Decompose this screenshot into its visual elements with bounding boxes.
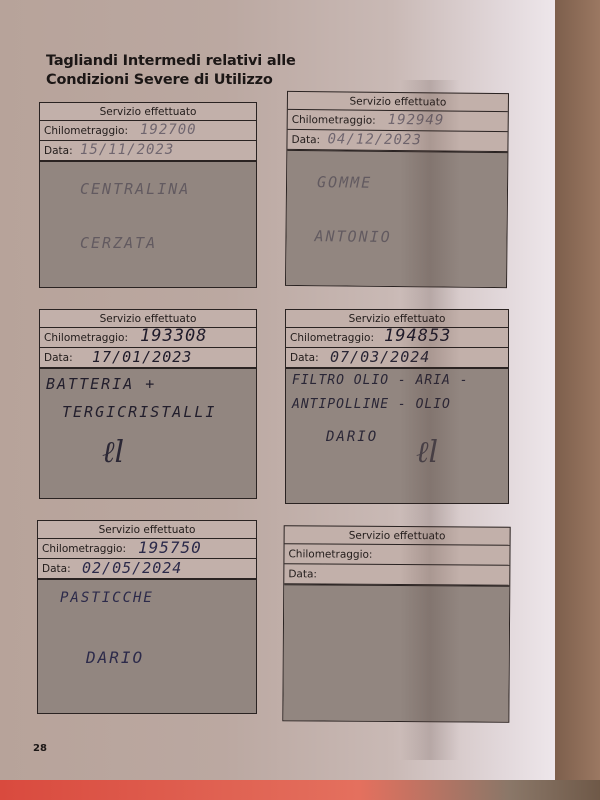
- note-line: PASTICCHE: [60, 590, 154, 606]
- card-header: Servizio effettuato: [288, 92, 508, 112]
- mileage-value[interactable]: 192700: [140, 122, 197, 138]
- header-label: Servizio effettuato: [349, 95, 446, 108]
- date-value[interactable]: 02/05/2024: [82, 559, 182, 577]
- service-notes-area[interactable]: PASTICCHE DARIO: [38, 579, 256, 713]
- service-card-2: Servizio effettuato Chilometraggio: 1929…: [285, 91, 509, 288]
- note-line: ANTONIO: [314, 227, 391, 246]
- service-card-5: Servizio effettuato Chilometraggio: 1957…: [37, 520, 257, 714]
- mileage-row: Chilometraggio: 193308: [40, 328, 256, 348]
- date-label: Data:: [284, 568, 317, 580]
- mileage-row: Chilometraggio: 195750: [38, 539, 256, 559]
- mileage-value[interactable]: 195750: [138, 538, 202, 557]
- page-edge: [555, 0, 600, 800]
- mileage-label: Chilometraggio:: [40, 125, 128, 137]
- service-notes-area[interactable]: FILTRO OLIO - ARIA - ANTIPOLLINE - OLIO …: [286, 368, 508, 503]
- date-label: Data:: [40, 352, 73, 364]
- header-label: Servizio effettuato: [349, 313, 446, 325]
- note-line: TERGICRISTALLI: [62, 403, 216, 421]
- mileage-label: Chilometraggio:: [286, 332, 374, 344]
- date-row: Data: 07/03/2024: [286, 348, 508, 368]
- date-row: Data: 17/01/2023: [40, 348, 256, 368]
- mileage-value[interactable]: 193308: [140, 326, 207, 346]
- signature: ℓl: [102, 435, 124, 470]
- date-value[interactable]: 17/01/2023: [92, 348, 192, 366]
- note-line: CERZATA: [80, 234, 157, 252]
- date-label: Data:: [38, 563, 71, 575]
- date-row: Data: 04/12/2023: [287, 130, 507, 152]
- card-header: Servizio effettuato: [40, 103, 256, 121]
- mileage-label: Chilometraggio:: [40, 332, 128, 344]
- mileage-row: Chilometraggio: 192949: [288, 110, 508, 132]
- mileage-label: Chilometraggio:: [288, 113, 376, 126]
- mileage-value[interactable]: 192949: [388, 112, 445, 129]
- date-value[interactable]: 15/11/2023: [80, 142, 174, 158]
- note-line: CENTRALINA: [80, 180, 190, 198]
- title-line-1: Tagliandi Intermedi relativi alle: [46, 52, 296, 71]
- header-label: Servizio effettuato: [100, 313, 197, 325]
- service-card-6: Servizio effettuato Chilometraggio: Data…: [282, 525, 510, 723]
- page-number: 28: [33, 743, 47, 754]
- red-cover-edge: [0, 780, 600, 800]
- note-line: DARIO: [326, 429, 378, 445]
- service-card-3: Servizio effettuato Chilometraggio: 1933…: [39, 309, 257, 499]
- service-notes-area[interactable]: GOMME ANTONIO: [286, 150, 507, 287]
- title-line-2: Condizioni Severe di Utilizzo: [46, 71, 296, 90]
- date-value[interactable]: 04/12/2023: [327, 131, 421, 148]
- note-line: GOMME: [317, 173, 372, 192]
- header-label: Servizio effettuato: [100, 106, 197, 118]
- note-line: BATTERIA +: [46, 375, 156, 393]
- date-label: Data:: [40, 145, 73, 157]
- date-row: Data: 02/05/2024: [38, 559, 256, 579]
- mileage-value[interactable]: 194853: [384, 326, 451, 346]
- service-card-4: Servizio effettuato Chilometraggio: 1948…: [285, 309, 509, 504]
- mileage-label: Chilometraggio:: [284, 548, 372, 561]
- date-label: Data:: [286, 352, 319, 364]
- signature: ℓl: [416, 435, 438, 470]
- date-row: Data: 15/11/2023: [40, 141, 256, 161]
- note-line: ANTIPOLLINE - OLIO: [292, 397, 451, 412]
- date-row: Data:: [284, 564, 509, 586]
- service-notes-area[interactable]: [283, 584, 509, 722]
- service-notes-area[interactable]: BATTERIA + TERGICRISTALLI ℓl: [40, 368, 256, 498]
- mileage-row: Chilometraggio:: [284, 544, 509, 566]
- mileage-row: Chilometraggio: 192700: [40, 121, 256, 141]
- service-notes-area[interactable]: CENTRALINA CERZATA: [40, 161, 256, 287]
- card-header: Servizio effettuato: [38, 521, 256, 539]
- date-label: Data:: [287, 133, 320, 145]
- note-line: FILTRO OLIO - ARIA -: [292, 373, 469, 388]
- service-card-1: Servizio effettuato Chilometraggio: 1927…: [39, 102, 257, 288]
- date-value[interactable]: 07/03/2024: [330, 348, 430, 366]
- header-label: Servizio effettuato: [99, 524, 196, 536]
- header-label: Servizio effettuato: [349, 529, 446, 542]
- page-title: Tagliandi Intermedi relativi alle Condiz…: [46, 52, 296, 90]
- mileage-row: Chilometraggio: 194853: [286, 328, 508, 348]
- note-line: DARIO: [86, 648, 144, 667]
- card-header: Servizio effettuato: [285, 526, 510, 546]
- mileage-label: Chilometraggio:: [38, 543, 126, 555]
